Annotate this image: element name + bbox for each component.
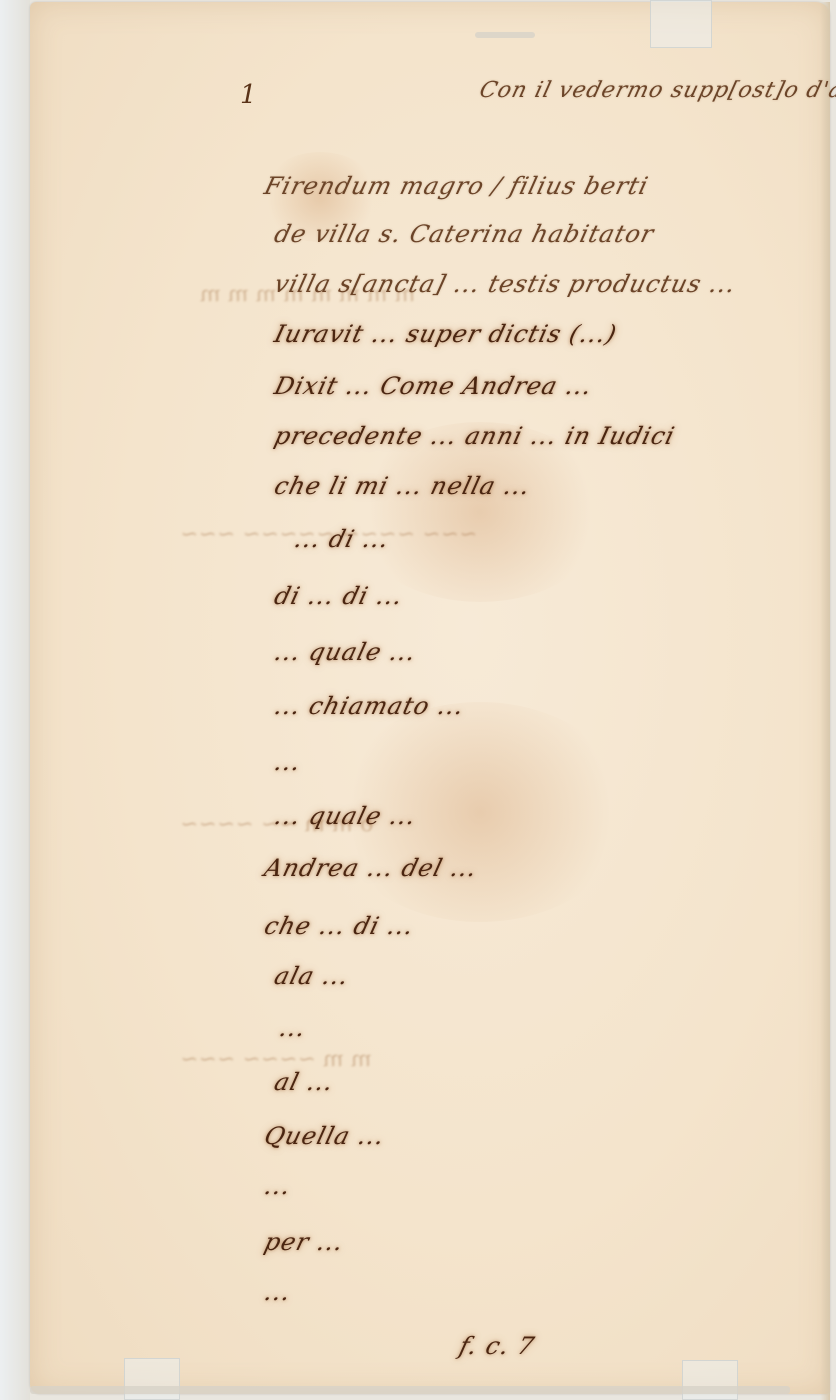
manuscript-line: Andrea ... del ...: [262, 854, 481, 882]
manuscript-line: ...: [262, 1172, 295, 1200]
page-edge-shadow: [820, 2, 830, 1400]
manuscript-line: ... di ...: [292, 525, 393, 553]
manuscript-line: che ... di ...: [262, 912, 418, 940]
manuscript-line: di ... di ...: [272, 582, 407, 610]
manuscript-line: precedente ... anni ... in Iudici: [272, 422, 679, 450]
manuscript-line: f. c. 7: [457, 1332, 538, 1360]
manuscript-line: ... chiamato ...: [272, 692, 468, 720]
manuscript-line: Iuravit ... super dictis (...): [272, 320, 621, 348]
conservation-tape-bottom-right: [682, 1360, 738, 1400]
manuscript-line: ...: [272, 748, 305, 776]
manuscript-line: al ...: [272, 1068, 337, 1096]
manuscript-line: ala ...: [272, 962, 353, 990]
manuscript-line: Quella ...: [262, 1122, 388, 1150]
manuscript-line: de villa s. Caterina habitator: [272, 220, 658, 248]
folio-mark: 1: [240, 80, 257, 110]
paper-tear-bottom: [30, 1386, 790, 1394]
manuscript-line: che li mi ... nella ...: [272, 472, 534, 500]
manuscript-line: Dixit ... Come Andrea ...: [272, 372, 596, 400]
manuscript-line: ...: [262, 1278, 295, 1306]
manuscript-line: per ...: [262, 1228, 348, 1256]
manuscript-line: villa s[ancta] ... testis productus ...: [272, 270, 740, 298]
manuscript-line: ... quale ...: [272, 638, 420, 666]
document-heading: Con il vedermo supp[ost]o d'anno: [477, 78, 836, 103]
manuscript-line: ...: [277, 1014, 310, 1042]
bleed-through-text: m m ~~~~ ~~~: [178, 1047, 374, 1072]
conservation-tape-top: [650, 0, 712, 48]
scan-backdrop: [0, 0, 30, 1400]
manuscript-page: m m m m m m m m ~~~ ~~~~ ~~~~~ ~~~ o m m…: [30, 2, 830, 1394]
manuscript-line: Firendum magro / filius berti: [262, 172, 652, 200]
paper-tear-top: [475, 32, 535, 38]
manuscript-line: ... quale ...: [272, 802, 420, 830]
